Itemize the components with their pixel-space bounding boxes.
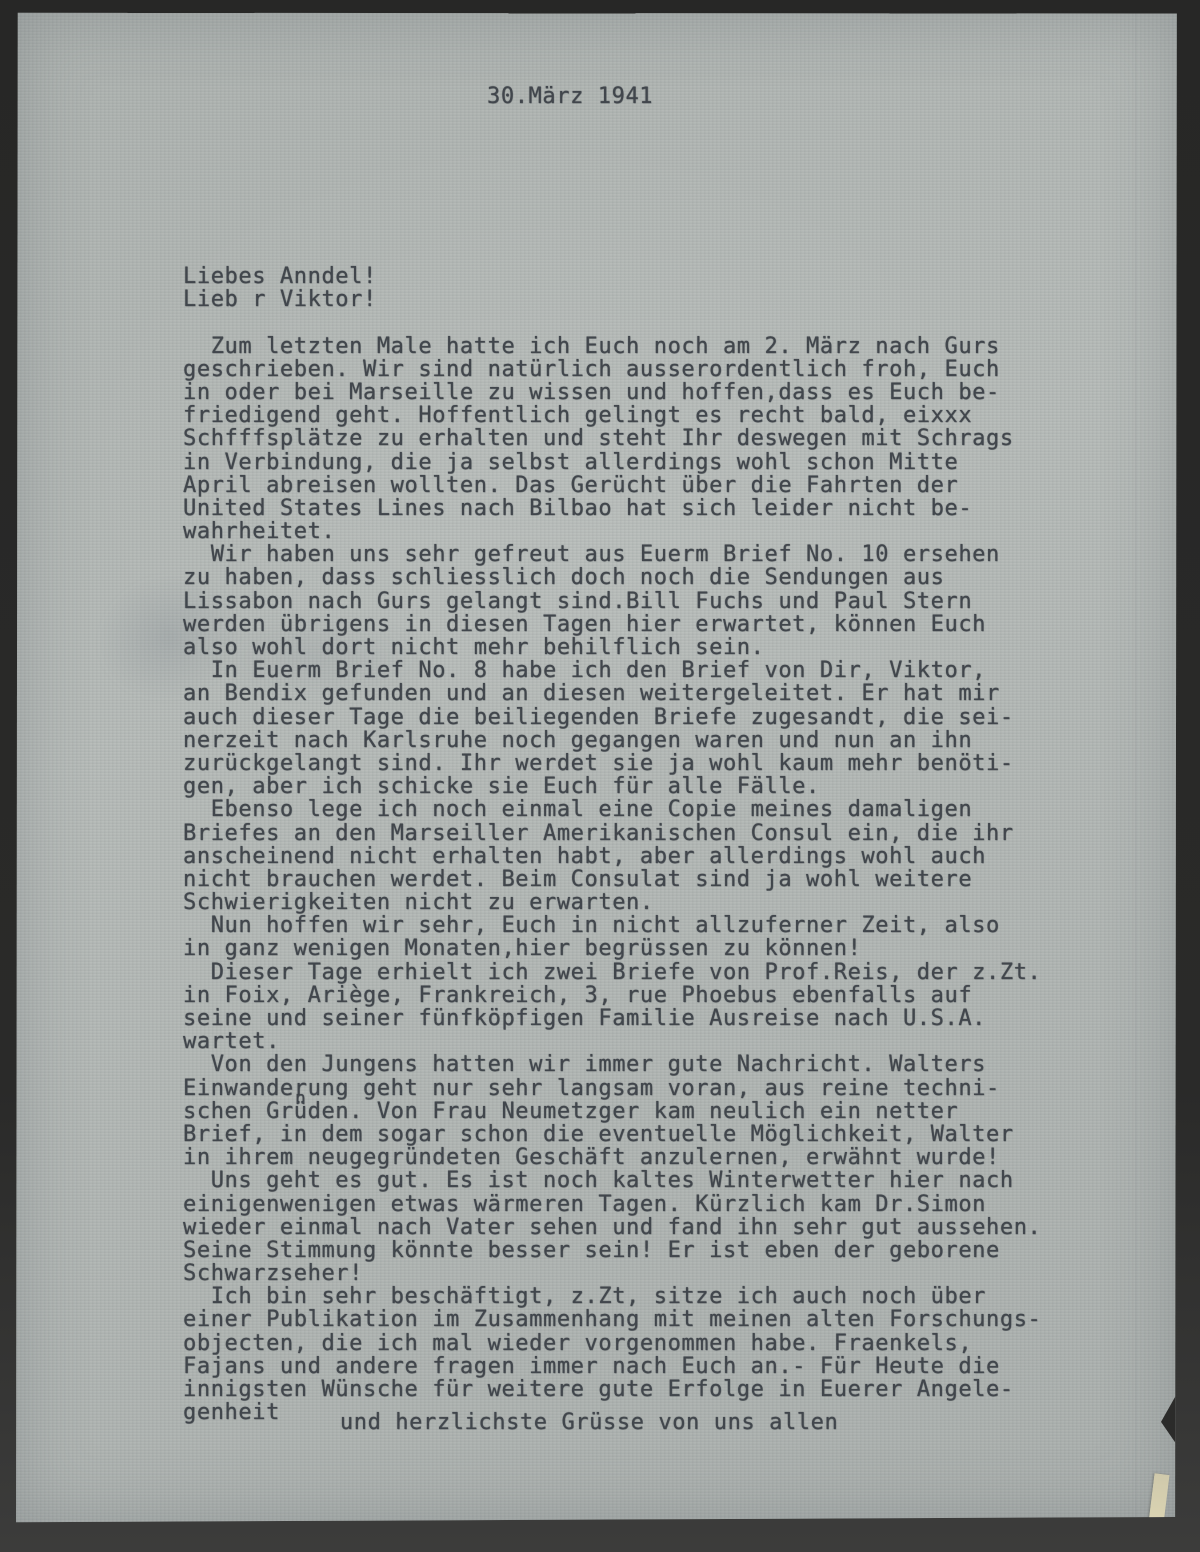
paper-crease — [1134, 12, 1137, 1523]
letter-text-line: Briefes an den Marseiller Amerikanischen… — [183, 822, 1063, 845]
letter-text-line: an Bendix gefunden und an diesen weiterg… — [183, 682, 1063, 705]
letter-text-line: Dieser Tage erhielt ich zwei Briefe von … — [183, 961, 1063, 984]
letter-body-lines: Liebes Anndel!Lieb r Viktor! Zum letzten… — [183, 265, 1063, 1401]
letter-text-line: nerzeit nach Karlsruhe noch gegangen war… — [183, 729, 1063, 752]
letter-text-line: schen Grüden. Von Frau Neumetzger kam ne… — [183, 1100, 1063, 1123]
letter-text-line: Nun hoffen wir sehr, Euch in nicht allzu… — [183, 914, 1063, 937]
letter-text-line: Ich bin sehr beschäftigt, z.Zt, sitze ic… — [183, 1285, 1063, 1308]
letter-text-line: also wohl dort nicht mehr behilflich sei… — [183, 636, 1063, 659]
letter-text-line: wahrheitet. — [183, 520, 1063, 543]
closing-line-left: genheit — [183, 1400, 280, 1425]
letter-page: 30.März 1941 Liebes Anndel!Lieb r Viktor… — [16, 12, 1178, 1523]
letter-text-line: Fajans und andere fragen immer nach Euch… — [183, 1355, 1063, 1378]
paper-tear-sliver — [1148, 1473, 1170, 1532]
letter-text-line: objecten, die ich mal wieder vorgenommen… — [183, 1332, 1063, 1355]
letter-text-line — [183, 311, 1063, 334]
letter-text-line: gen, aber ich schicke sie Euch für alle … — [183, 775, 1063, 798]
letter-text-line: einigenwenigen etwas wärmeren Tagen. Kür… — [183, 1193, 1063, 1216]
letter-text-line: wartet. — [183, 1030, 1063, 1053]
letter-text-line: in ganz wenigen Monaten,hier begrüssen z… — [183, 937, 1063, 960]
letter-text-line: Lieb r Viktor! — [183, 288, 1063, 311]
letter-text-line: In Euerm Brief No. 8 habe ich den Brief … — [183, 659, 1063, 682]
letter-body: Liebes Anndel!Lieb r Viktor! Zum letzten… — [183, 265, 1063, 1424]
letter-text-line: United States Lines nach Bilbao hat sich… — [183, 497, 1063, 520]
letter-text-line: in Verbindung, die ja selbst allerdings … — [183, 451, 1063, 474]
letter-text-line: Schwierigkeiten nicht zu erwarten. — [183, 891, 1063, 914]
letter-text-line: werden übrigens in diesen Tagen hier erw… — [183, 613, 1063, 636]
closing-line: genheitund herzlichste Grüsse von uns al… — [183, 1401, 1063, 1424]
letter-text-line: einer Publikation im Zusammenhang mit me… — [183, 1308, 1063, 1331]
letter-text-line: zurückgelangt sind. Ihr werdet sie ja wo… — [183, 752, 1063, 775]
letter-text-line: in oder bei Marseille zu wissen und hoff… — [183, 381, 1063, 404]
letter-text-line: friedigend geht. Hoffentlich gelingt es … — [183, 404, 1063, 427]
closing-line-greeting: und herzlichste Grüsse von uns allen — [340, 1410, 838, 1435]
letter-text-line: Wir haben uns sehr gefreut aus Euerm Bri… — [183, 543, 1063, 566]
letter-text-line: nicht brauchen werdet. Beim Consulat sin… — [183, 868, 1063, 891]
letter-text-line: Zum letzten Male hatte ich Euch noch am … — [183, 335, 1063, 358]
paper-tear-notch — [1161, 1390, 1179, 1448]
letter-text-line: Von den Jungens hatten wir immer gute Na… — [183, 1053, 1063, 1076]
letter-text-line: innigsten Wünsche für weitere gute Erfol… — [183, 1378, 1063, 1401]
letter-text-line: Lissabon nach Gurs gelangt sind.Bill Fuc… — [183, 590, 1063, 613]
letter-text-line: wieder einmal nach Vater sehen und fand … — [183, 1216, 1063, 1239]
letter-text-line: Brief, in dem sogar schon die eventuelle… — [183, 1123, 1063, 1146]
letter-text-line: anscheinend nicht erhalten habt, aber al… — [183, 845, 1063, 868]
letter-text-line: Uns geht es gut. Es ist noch kaltes Wint… — [183, 1169, 1063, 1192]
letter-date: 30.März 1941 — [487, 84, 653, 109]
letter-text-line: zu haben, dass schliesslich doch noch di… — [183, 566, 1063, 589]
letter-text-line: Ebenso lege ich noch einmal eine Copie m… — [183, 798, 1063, 821]
letter-text-line: Liebes Anndel! — [183, 265, 1063, 288]
letter-text-line: April abreisen wollten. Das Gerücht über… — [183, 474, 1063, 497]
typed-correction-n: n — [295, 1088, 306, 1109]
letter-text-line: Schwarzseher! — [183, 1262, 1063, 1285]
scanned-letter-background: { "letter": { "date": "30.März 1941", "s… — [0, 0, 1200, 1552]
letter-text-line: geschrieben. Wir sind natürlich ausseror… — [183, 358, 1063, 381]
letter-text-line: auch dieser Tage die beiliegenden Briefe… — [183, 706, 1063, 729]
letter-text-line: in ihrem neugegründeten Geschäft anzuler… — [183, 1146, 1063, 1169]
letter-text-line: seine und seiner fünfköpfigen Familie Au… — [183, 1007, 1063, 1030]
letter-text-line: Einwanderung geht nur sehr langsam voran… — [183, 1077, 1063, 1100]
letter-text-line: in Foix, Ariège, Frankreich, 3, rue Phoe… — [183, 984, 1063, 1007]
letter-text-line: Seine Stimmung könnte besser sein! Er is… — [183, 1239, 1063, 1262]
letter-text-line: Schfffsplätze zu erhalten und steht Ihr … — [183, 427, 1063, 450]
